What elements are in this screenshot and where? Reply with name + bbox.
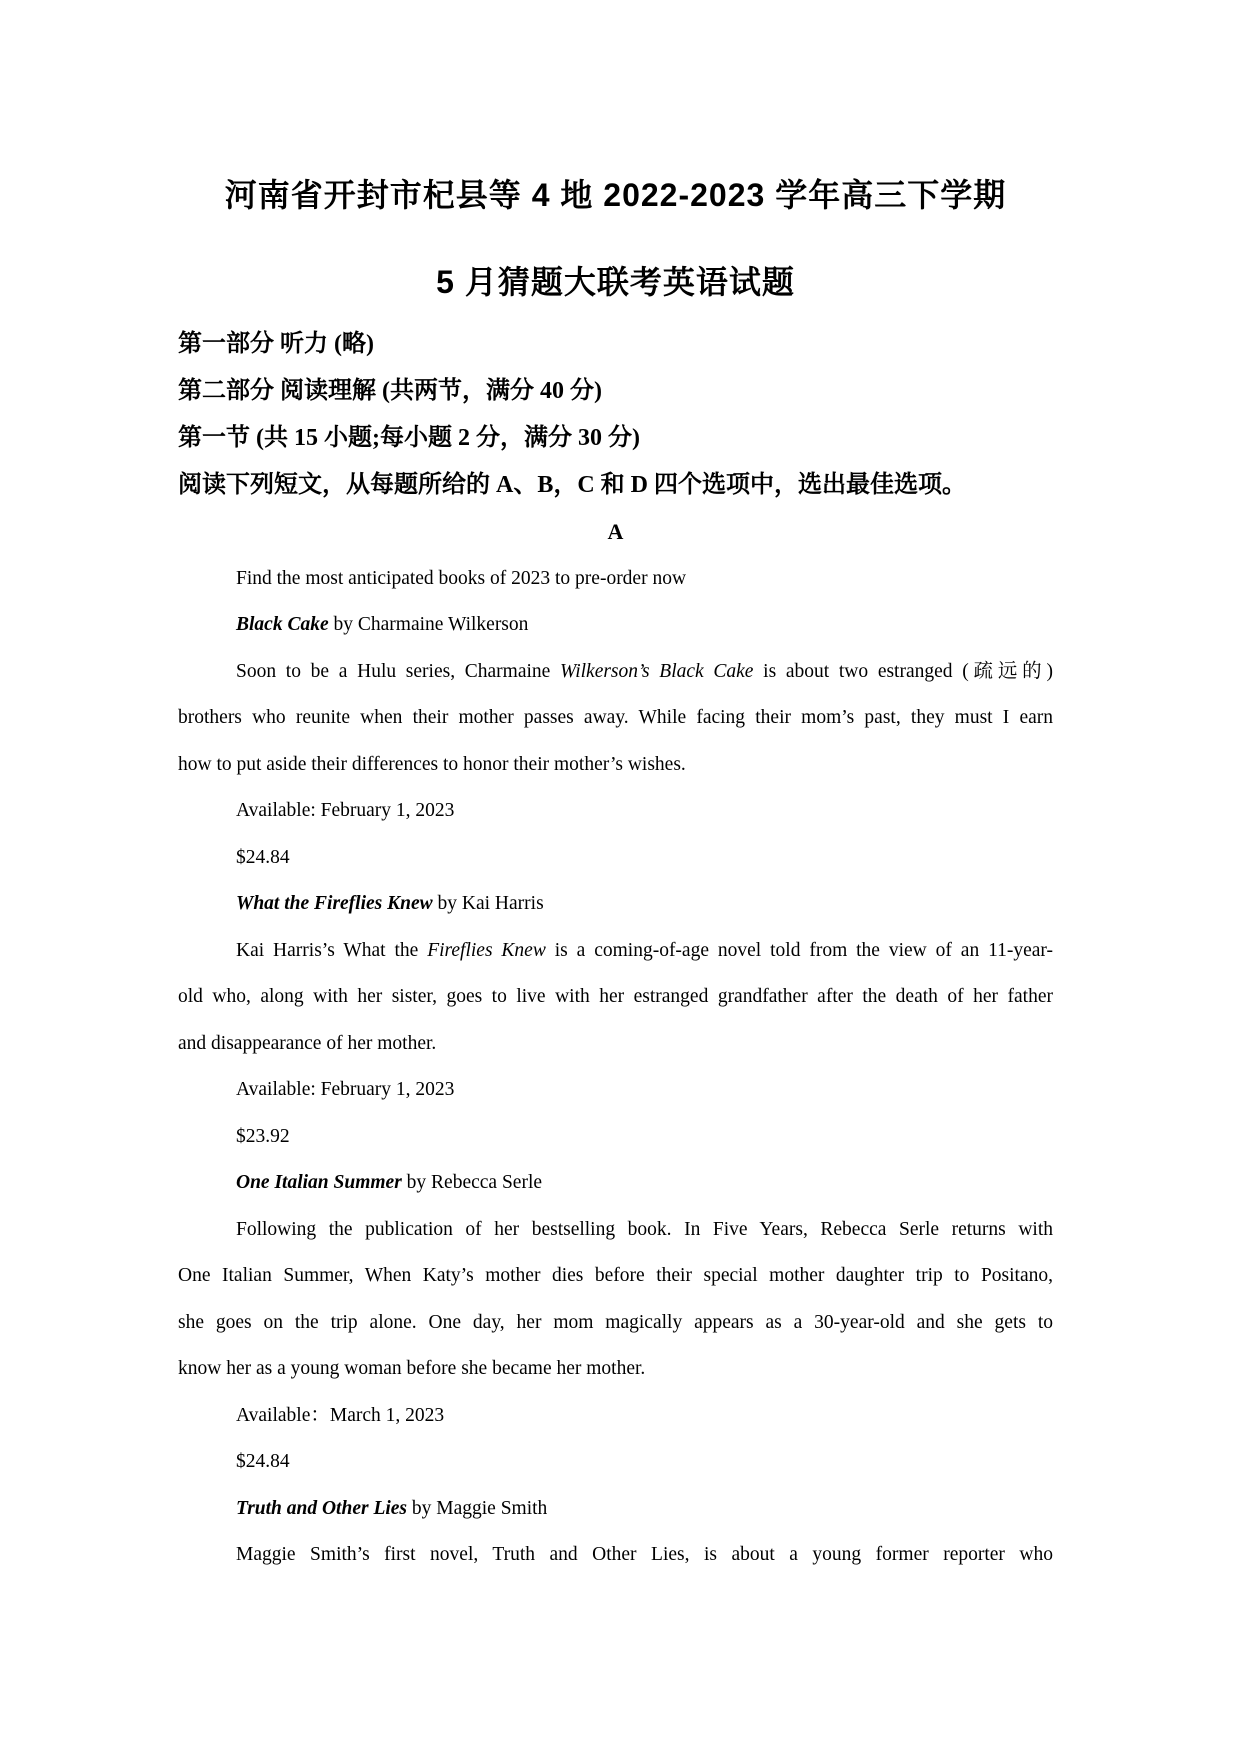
instruction-text: 阅读下列短文，从每题所给的 A、B，C 和 D 四个选项中，选出最佳选项。 — [178, 462, 1053, 509]
description-text: Soon to be a Hulu series, Charmaine — [236, 661, 560, 682]
description-text: Kai Harris’s What the — [236, 940, 427, 961]
book-price: $23.92 — [178, 1114, 1053, 1161]
inline-book-title: Fireflies Knew — [427, 940, 546, 961]
book-title: Truth and Other Lies — [236, 1498, 407, 1519]
book-byline: by Charmaine Wilkerson — [329, 614, 529, 635]
description-text: is a coming-of-age novel told from the v… — [546, 940, 1053, 961]
passage-intro-line: Find the most anticipated books of 2023 … — [178, 556, 1053, 603]
book-byline: by Rebecca Serle — [402, 1172, 542, 1193]
part2-reading-heading: 第二部分 阅读理解 (共两节，满分 40 分) — [178, 368, 1053, 415]
book-price: $24.84 — [178, 835, 1053, 882]
book-description-line: One Italian Summer, When Katy’s mother d… — [178, 1253, 1053, 1300]
book-title: What the Fireflies Knew — [236, 893, 433, 914]
exam-document-page: 河南省开封市杞县等 4 地 2022-2023 学年高三下学期 5 月猜题大联考… — [0, 0, 1240, 1754]
document-title-line-2: 5 月猜题大联考英语试题 — [178, 265, 1053, 299]
book-byline: by Kai Harris — [433, 893, 544, 914]
book-description-line: Soon to be a Hulu series, Charmaine Wilk… — [178, 649, 1053, 696]
book-description-line: and disappearance of her mother. — [178, 1021, 1053, 1068]
book-entry: What the Fireflies Knew by Kai Harris Ka… — [178, 881, 1053, 1160]
document-title-line-1: 河南省开封市杞县等 4 地 2022-2023 学年高三下学期 — [178, 178, 1053, 212]
book-description-line: Maggie Smith’s first novel, Truth and Ot… — [178, 1532, 1053, 1579]
book-description-line: old who, along with her sister, goes to … — [178, 974, 1053, 1021]
part1-listening-heading: 第一部分 听力 (略) — [178, 321, 1053, 368]
book-title-line: One Italian Summer by Rebecca Serle — [178, 1160, 1053, 1207]
book-availability: Available：March 1, 2023 — [178, 1393, 1053, 1440]
description-text: is about two estranged (疏远的) — [753, 661, 1053, 682]
book-price: $24.84 — [178, 1439, 1053, 1486]
inline-book-title: Wilkerson’s Black Cake — [560, 661, 753, 682]
book-availability: Available: February 1, 2023 — [178, 788, 1053, 835]
book-description-line: Following the publication of her bestsel… — [178, 1207, 1053, 1254]
book-title-line: What the Fireflies Knew by Kai Harris — [178, 881, 1053, 928]
book-entry: Black Cake by Charmaine Wilkerson Soon t… — [178, 602, 1053, 881]
book-title: Black Cake — [236, 614, 329, 635]
book-title: One Italian Summer — [236, 1172, 402, 1193]
book-availability: Available: February 1, 2023 — [178, 1067, 1053, 1114]
book-byline: by Maggie Smith — [407, 1498, 547, 1519]
book-description-line: how to put aside their differences to ho… — [178, 742, 1053, 789]
section1-heading: 第一节 (共 15 小题;每小题 2 分，满分 30 分) — [178, 415, 1053, 462]
book-title-line: Truth and Other Lies by Maggie Smith — [178, 1486, 1053, 1533]
passage-a-label: A — [178, 509, 1053, 556]
book-description-line: know her as a young woman before she bec… — [178, 1346, 1053, 1393]
book-description-line: she goes on the trip alone. One day, her… — [178, 1300, 1053, 1347]
book-description-line: brothers who reunite when their mother p… — [178, 695, 1053, 742]
document-content: 河南省开封市杞县等 4 地 2022-2023 学年高三下学期 5 月猜题大联考… — [0, 178, 1240, 1579]
section-headings: 第一部分 听力 (略) 第二部分 阅读理解 (共两节，满分 40 分) 第一节 … — [178, 321, 1053, 509]
book-title-line: Black Cake by Charmaine Wilkerson — [178, 602, 1053, 649]
passage-body: Find the most anticipated books of 2023 … — [178, 556, 1053, 1579]
book-description-line: Kai Harris’s What the Fireflies Knew is … — [178, 928, 1053, 975]
book-entry: Truth and Other Lies by Maggie Smith Mag… — [178, 1486, 1053, 1579]
book-entry: One Italian Summer by Rebecca Serle Foll… — [178, 1160, 1053, 1486]
